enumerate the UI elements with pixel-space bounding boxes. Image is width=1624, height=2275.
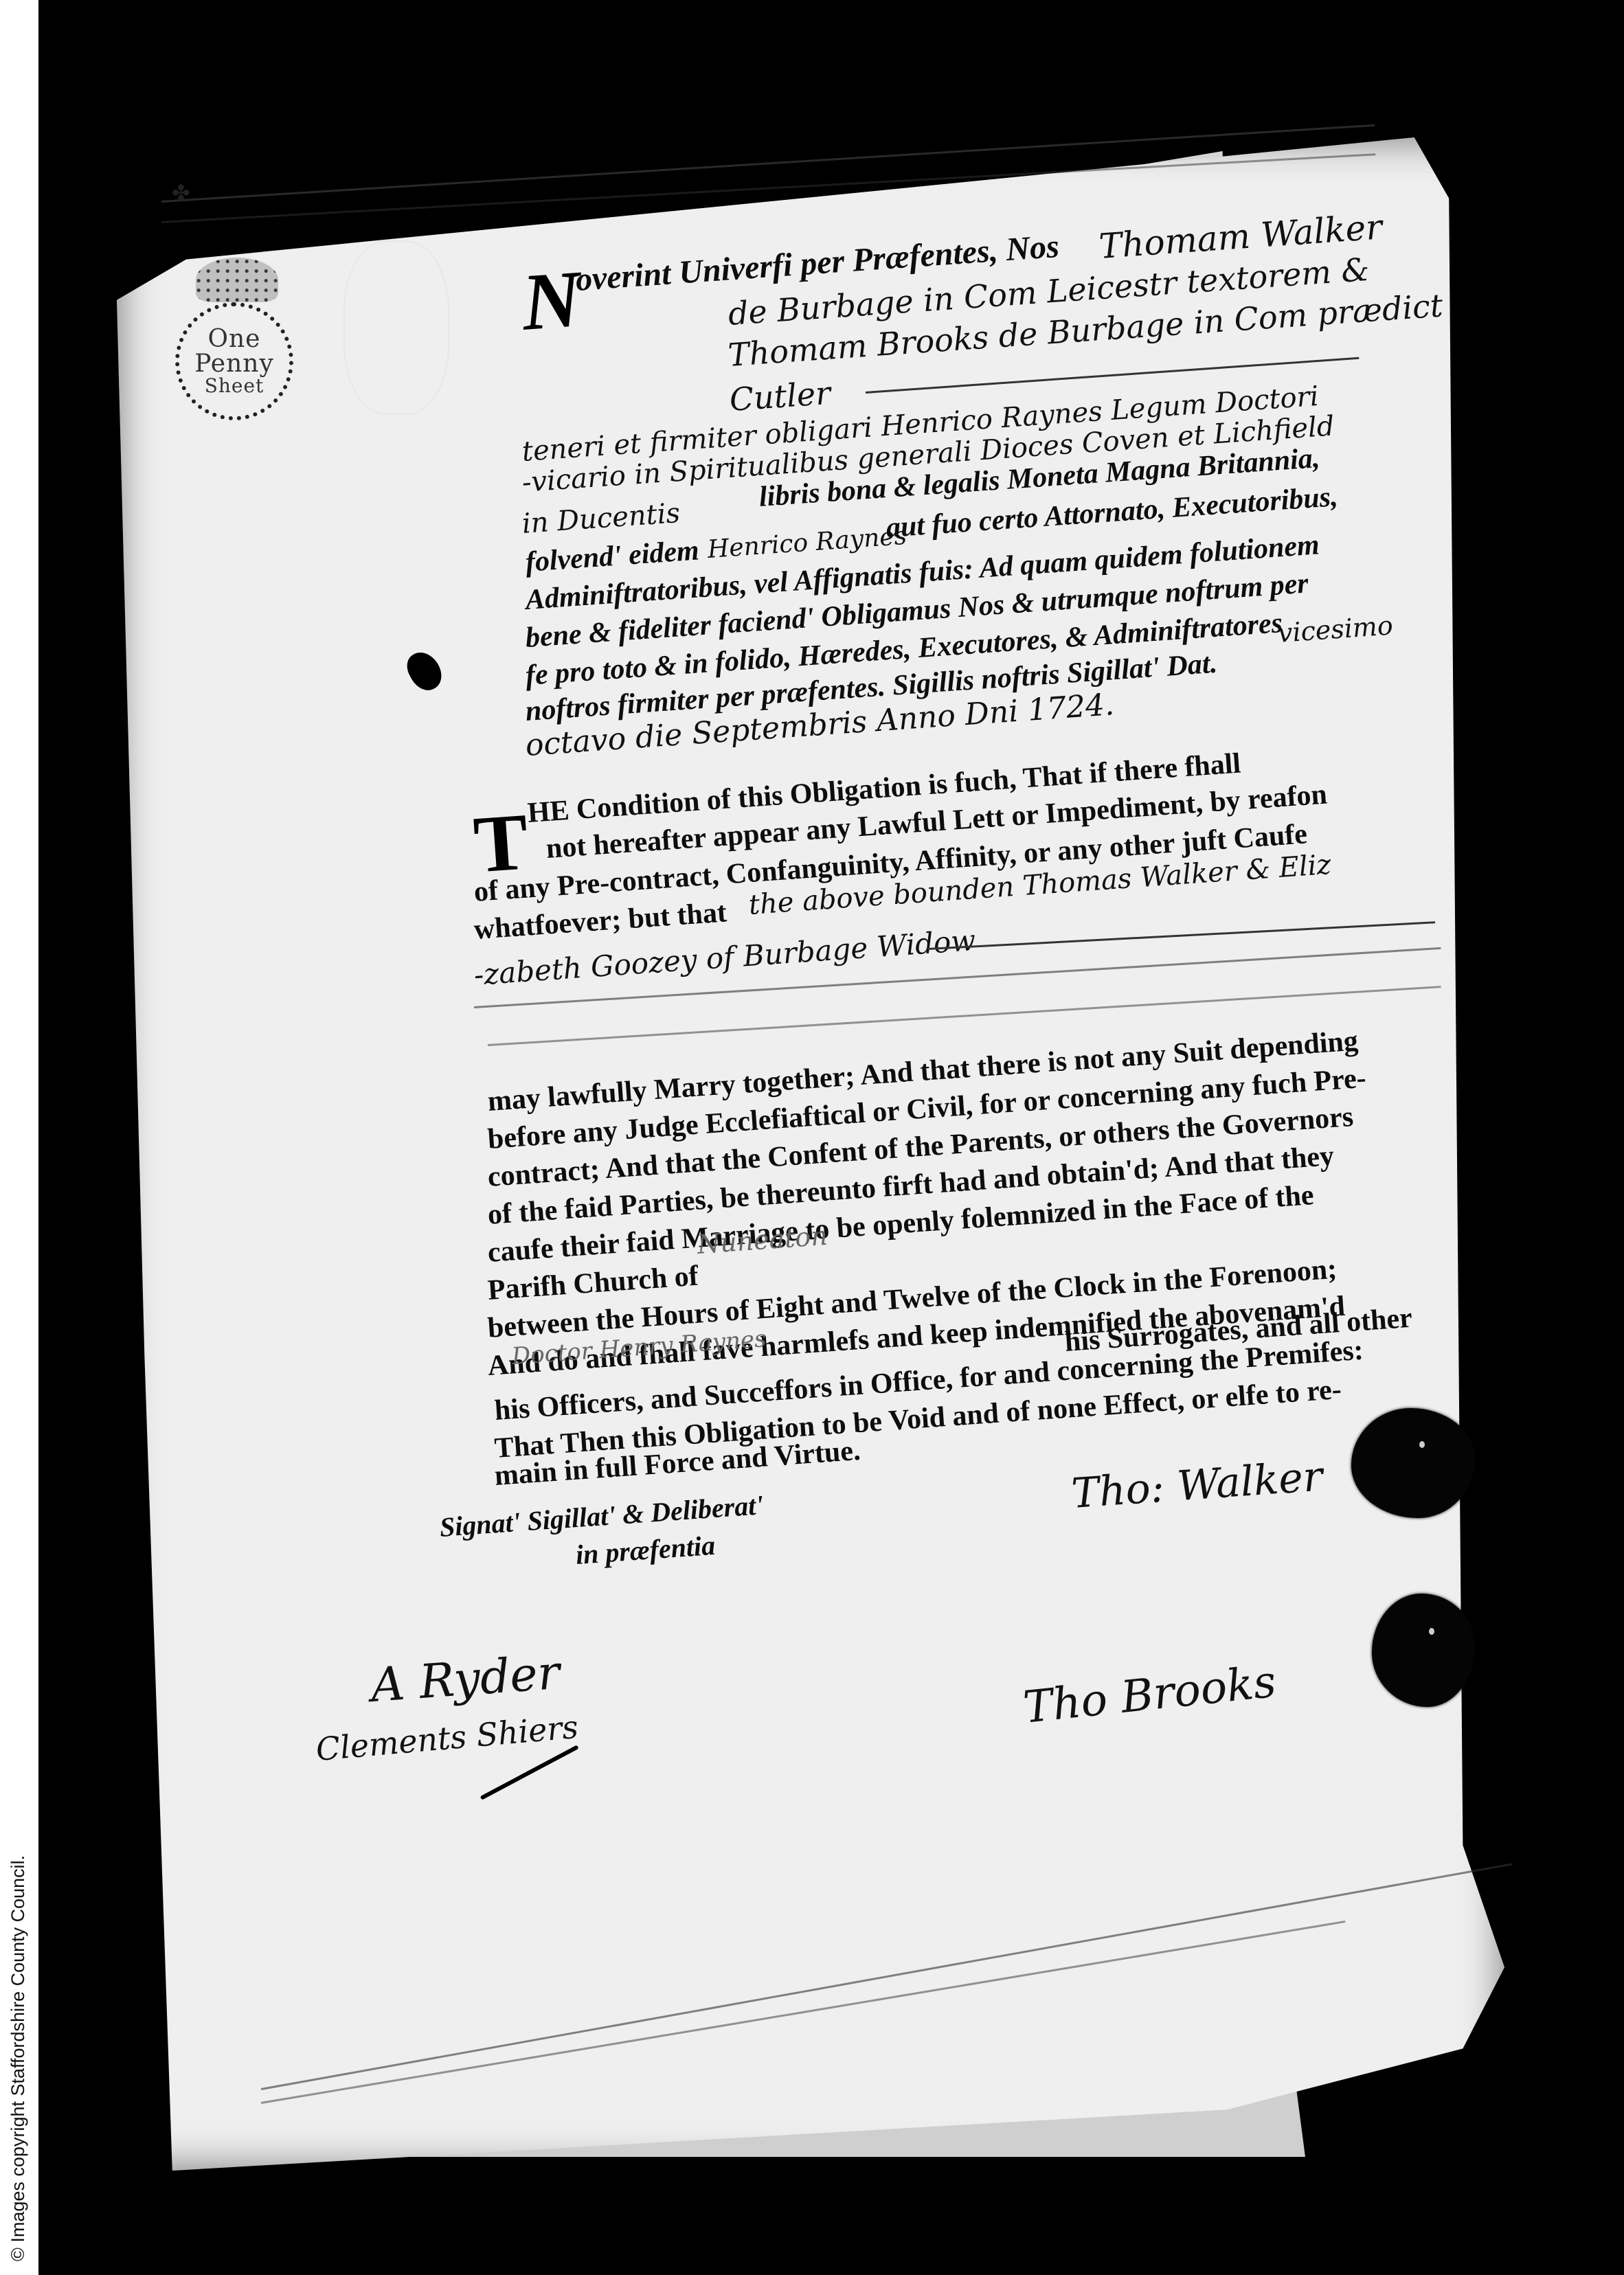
copyright-strip: © Images copyright Staffordshire County … (0, 0, 38, 2275)
stamp-text: Penny (194, 352, 274, 376)
stamp-text: One (207, 327, 260, 352)
handwritten-line: Cutler (728, 374, 832, 418)
wax-seal-icon (1372, 1594, 1475, 1707)
crown-ornament-icon: ✤ (172, 180, 190, 206)
stamp-text: Sheet (205, 376, 264, 396)
wax-seal-icon (1351, 1408, 1475, 1518)
embossed-stamp (343, 240, 449, 415)
crown-icon (196, 258, 278, 302)
penny-stamp: One Penny Sheet (175, 258, 299, 402)
stamp-circle: One Penny Sheet (175, 302, 293, 420)
copyright-notice: © Images copyright Staffordshire County … (8, 1855, 29, 2261)
